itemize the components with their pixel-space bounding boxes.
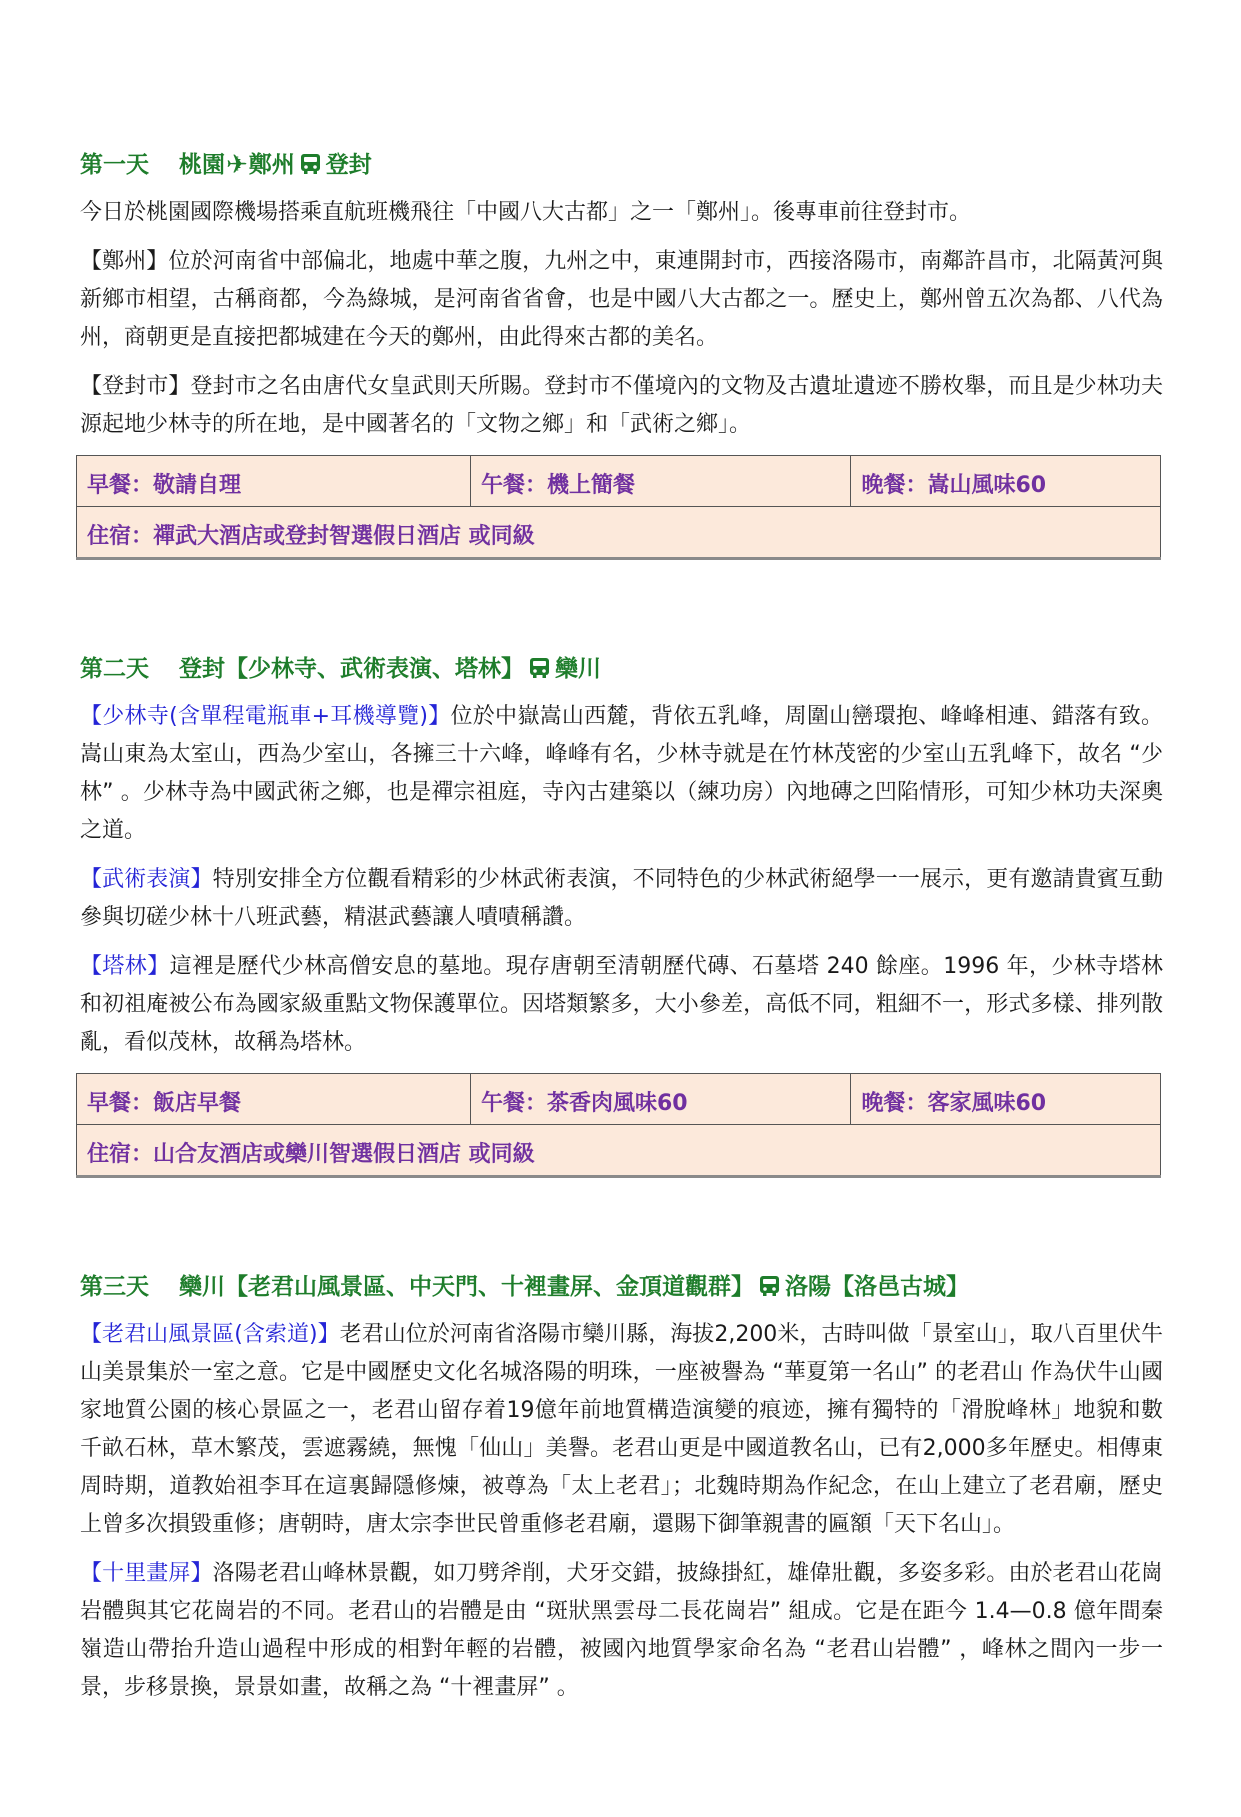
day-3-route-origin: 欒川【老君山風景區、中天門、十裡畫屏、金頂道觀群】 [179, 1274, 754, 1300]
paragraph-text: 登封市之名由唐代女皇武則天所賜。登封市不僅境內的文物及古遺址遺迹不勝枚舉，而且是… [80, 374, 1163, 437]
day-3-heading: 第三天欒川【老君山風景區、中天門、十裡畫屏、金頂道觀群】洛陽【洛邑古城】 [80, 1272, 1163, 1302]
day-1-meal-table: 早餐：敬請自理 午餐：機上簡餐 晚餐：嵩山風味60 住宿：禪武大酒店或登封智選假… [76, 455, 1161, 560]
paragraph-text: 洛陽老君山峰林景觀，如刀劈斧削，犬牙交錯，披綠掛紅，雄偉壯觀，多姿多彩。由於老君… [80, 1561, 1163, 1700]
paragraph-label: 【鄭州】 [80, 249, 168, 274]
lodging-cell: 住宿：山合友酒店或欒川智選假日酒店 或同級 [77, 1125, 1161, 1177]
paragraph-label: 【少林寺(含單程電瓶車+耳機導覽)】 [80, 704, 451, 729]
day-2-paragraph-shaolin: 【少林寺(含單程電瓶車+耳機導覽)】位於中嶽嵩山西麓，背依五乳峰，周圍山巒環抱、… [80, 698, 1163, 850]
lodging-row: 住宿：禪武大酒店或登封智選假日酒店 或同級 [77, 507, 1161, 559]
meal-row: 早餐：敬請自理 午餐：機上簡餐 晚餐：嵩山風味60 [77, 456, 1161, 507]
dinner-cell: 晚餐：嵩山風味60 [851, 456, 1161, 507]
day-1-label: 第一天 [80, 152, 149, 178]
lunch-cell: 午餐：機上簡餐 [470, 456, 851, 507]
lodging-row: 住宿：山合友酒店或欒川智選假日酒店 或同級 [77, 1125, 1161, 1177]
day-1-heading: 第一天桃園✈鄭州登封 [80, 150, 1163, 180]
airplane-icon: ✈ [226, 150, 248, 180]
breakfast-cell: 早餐：飯店早餐 [77, 1074, 471, 1125]
day-2-section: 第二天登封【少林寺、武術表演、塔林】欒川 【少林寺(含單程電瓶車+耳機導覽)】位… [80, 654, 1163, 1222]
day-3-section: 第三天欒川【老君山風景區、中天門、十裡畫屏、金頂道觀群】洛陽【洛邑古城】 【老君… [80, 1272, 1163, 1707]
day-2-paragraph-wushu: 【武術表演】特別安排全方位觀看精彩的少林武術表演，不同特色的少林武術絕學一一展示… [80, 861, 1163, 937]
day-1-route-origin: 桃園 [179, 152, 225, 178]
lodging-cell: 住宿：禪武大酒店或登封智選假日酒店 或同級 [77, 507, 1161, 559]
day-3-paragraph-laojunshan: 【老君山風景區(含索道)】老君山位於河南省洛陽市欒川縣，海拔2,200米，古時叫… [80, 1316, 1163, 1544]
day-2-paragraph-talin: 【塔林】這裡是歷代少林高僧安息的墓地。現存唐朝至清朝歷代磚、石墓塔 240 餘座… [80, 948, 1163, 1062]
day-2-route-dest: 欒川 [555, 656, 601, 682]
paragraph-label: 【十里畫屏】 [80, 1561, 213, 1586]
day-1-paragraph-intro: 今日於桃園國際機場搭乘直航班機飛往「中國八大古都」之一「鄭州」。後專車前往登封市… [80, 194, 1163, 232]
bus-icon [527, 657, 552, 679]
day-2-meal-table: 早餐：飯店早餐 午餐：茶香肉風味60 晚餐：客家風味60 住宿：山合友酒店或欒川… [76, 1073, 1161, 1178]
day-2-heading: 第二天登封【少林寺、武術表演、塔林】欒川 [80, 654, 1163, 684]
day-2-label: 第二天 [80, 656, 149, 682]
day-3-route-dest: 洛陽【洛邑古城】 [785, 1274, 969, 1300]
paragraph-text: 特別安排全方位觀看精彩的少林武術表演，不同特色的少林武術絕學一一展示，更有邀請貴… [80, 867, 1163, 930]
paragraph-label: 【登封市】 [80, 374, 191, 399]
paragraph-label: 【武術表演】 [80, 867, 213, 892]
paragraph-text: 老君山位於河南省洛陽市欒川縣，海拔2,200米，古時叫做「景室山」，取八百里伏牛… [80, 1322, 1163, 1537]
paragraph-text: 這裡是歷代少林高僧安息的墓地。現存唐朝至清朝歷代磚、石墓塔 240 餘座。199… [80, 954, 1163, 1055]
day-1-route-mid: 鄭州 [249, 152, 295, 178]
paragraph-text: 今日於桃園國際機場搭乘直航班機飛往「中國八大古都」之一「鄭州」。後專車前往登封市… [80, 200, 971, 225]
bus-icon [757, 1275, 782, 1297]
meal-row: 早餐：飯店早餐 午餐：茶香肉風味60 晚餐：客家風味60 [77, 1074, 1161, 1125]
day-3-paragraph-shilihuaping: 【十里畫屏】洛陽老君山峰林景觀，如刀劈斧削，犬牙交錯，披綠掛紅，雄偉壯觀，多姿多… [80, 1555, 1163, 1707]
day-1-route-dest: 登封 [326, 152, 372, 178]
day-3-label: 第三天 [80, 1274, 149, 1300]
breakfast-cell: 早餐：敬請自理 [77, 456, 471, 507]
day-1-paragraph-dengfeng: 【登封市】登封市之名由唐代女皇武則天所賜。登封市不僅境內的文物及古遺址遺迹不勝枚… [80, 368, 1163, 444]
lunch-cell: 午餐：茶香肉風味60 [470, 1074, 851, 1125]
day-1-paragraph-zhengzhou: 【鄭州】位於河南省中部偏北，地處中華之腹，九州之中，東連開封市，西接洛陽市，南鄰… [80, 243, 1163, 357]
day-2-route-origin: 登封【少林寺、武術表演、塔林】 [179, 656, 524, 682]
paragraph-label: 【老君山風景區(含索道)】 [80, 1322, 340, 1347]
paragraph-label: 【塔林】 [80, 954, 170, 979]
dinner-cell: 晚餐：客家風味60 [851, 1074, 1161, 1125]
bus-icon [298, 153, 323, 175]
paragraph-text: 位於河南省中部偏北，地處中華之腹，九州之中，東連開封市，西接洛陽市，南鄰許昌市，… [80, 249, 1163, 350]
day-1-section: 第一天桃園✈鄭州登封 今日於桃園國際機場搭乘直航班機飛往「中國八大古都」之一「鄭… [80, 150, 1163, 604]
